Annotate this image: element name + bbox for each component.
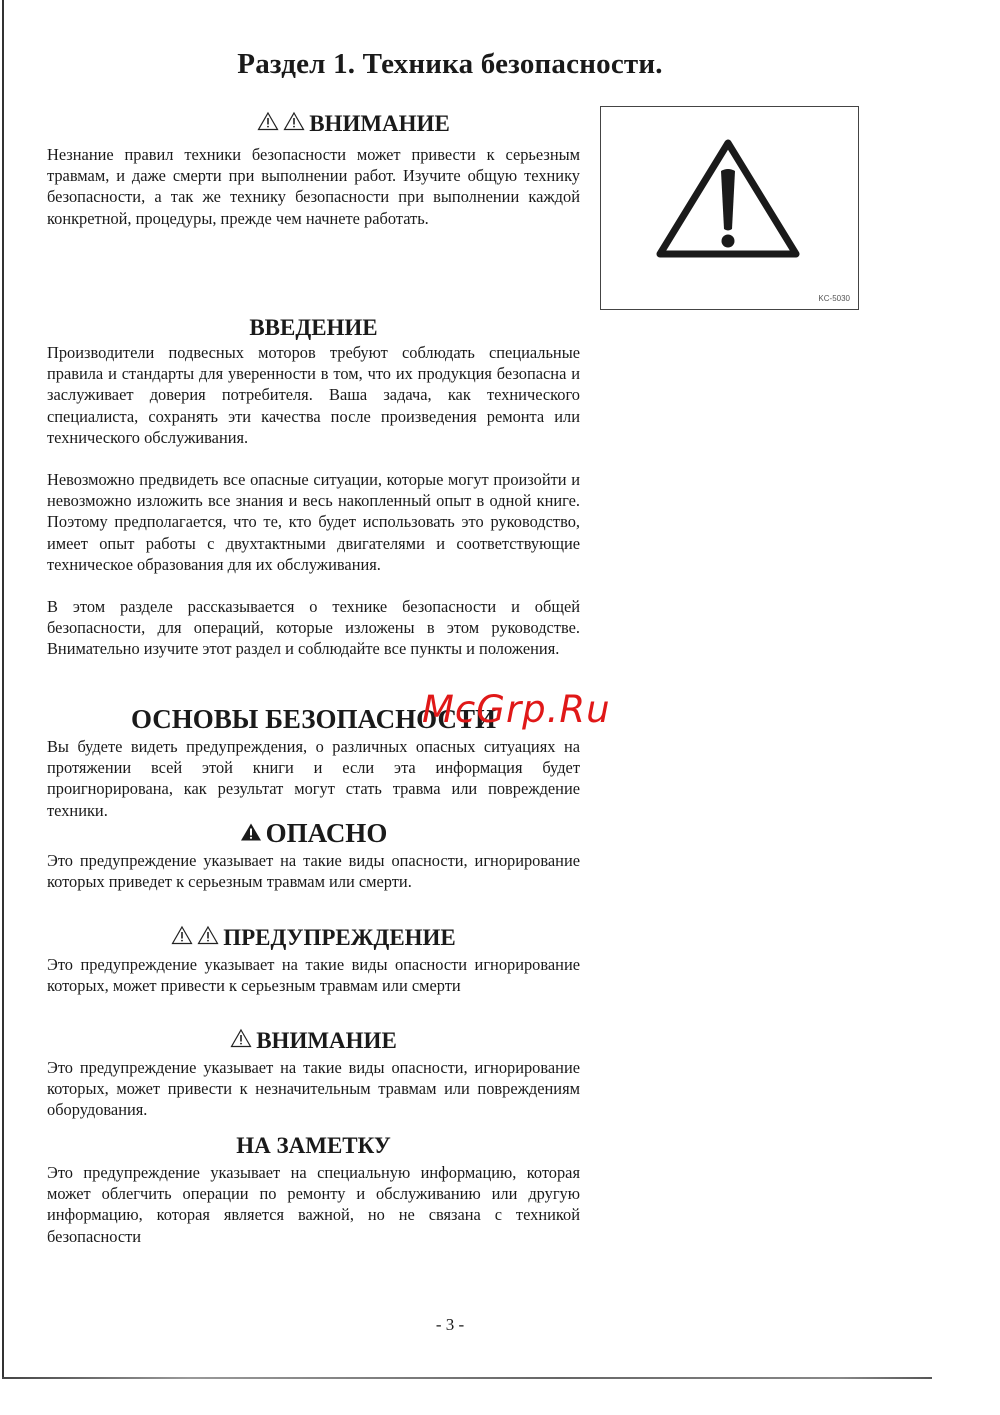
note-section: НА ЗАМЕТКУ Это предупреждение указывает … xyxy=(47,1132,580,1247)
caution-heading: ВНИМАНИЕ xyxy=(47,1027,580,1055)
note-text: Это предупреждение указывает на специаль… xyxy=(47,1162,580,1247)
caution-section: ВНИМАНИЕ Это предупреждение указывает на… xyxy=(47,1027,580,1121)
danger-section: ОПАСНО Это предупреждение указывает на т… xyxy=(47,818,580,892)
caution-text: Это предупреждение указывает на такие ви… xyxy=(47,1057,580,1121)
warning-intro-section: ВНИМАНИЕ Незнание правил техники безопас… xyxy=(47,110,580,229)
scan-edge-left xyxy=(2,0,4,1378)
introduction-paragraph: Невозможно предвидеть все опасные ситуац… xyxy=(47,469,580,575)
introduction-heading: ВВЕДЕНИЕ xyxy=(47,314,580,342)
heading-text: ОПАСНО xyxy=(266,818,388,848)
warning-triangle-outline-icon xyxy=(171,924,193,952)
warning-triangle-outline-icon xyxy=(230,1027,252,1055)
warning-intro-text: Незнание правил техники безопасности мож… xyxy=(47,144,580,229)
scan-edge-bottom xyxy=(2,1377,932,1379)
note-heading: НА ЗАМЕТКУ xyxy=(47,1132,580,1160)
warning-section: ПРЕДУПРЕЖДЕНИЕ Это предупреждение указыв… xyxy=(47,924,580,996)
introduction-paragraph: Производители подвесных моторов требуют … xyxy=(47,342,580,448)
warning-triangle-outline-icon xyxy=(283,110,305,138)
danger-text: Это предупреждение указывает на такие ви… xyxy=(47,850,580,892)
warning-heading: ПРЕДУПРЕЖДЕНИЕ xyxy=(47,924,580,952)
filled-warning-triangle-icon xyxy=(240,818,262,848)
warning-triangle-outline-icon xyxy=(257,110,279,138)
danger-heading: ОПАСНО xyxy=(47,818,580,848)
heading-text: ВНИМАНИЕ xyxy=(256,1027,397,1055)
introduction-paragraph: В этом разделе рассказывается о технике … xyxy=(47,596,580,660)
introduction-section: ВВЕДЕНИЕ Производители подвесных моторов… xyxy=(47,314,580,660)
figure-code: KC-5030 xyxy=(818,294,850,303)
warning-exclamation-triangle-icon xyxy=(653,137,803,262)
heading-text: ПРЕДУПРЕЖДЕНИЕ xyxy=(223,924,456,952)
safety-basics-text: Вы будете видеть предупреждения, о разли… xyxy=(47,736,580,821)
page-number: - 3 - xyxy=(0,1315,900,1335)
page-title: Раздел 1. Техника безопасности. xyxy=(0,48,900,81)
watermark: McGrp.Ru xyxy=(422,688,611,731)
warning-figure: KC-5030 xyxy=(600,106,859,310)
heading-text: ВНИМАНИЕ xyxy=(309,110,450,138)
warning-intro-heading: ВНИМАНИЕ xyxy=(127,110,580,138)
warning-triangle-outline-icon xyxy=(197,924,219,952)
warning-text: Это предупреждение указывает на такие ви… xyxy=(47,954,580,996)
